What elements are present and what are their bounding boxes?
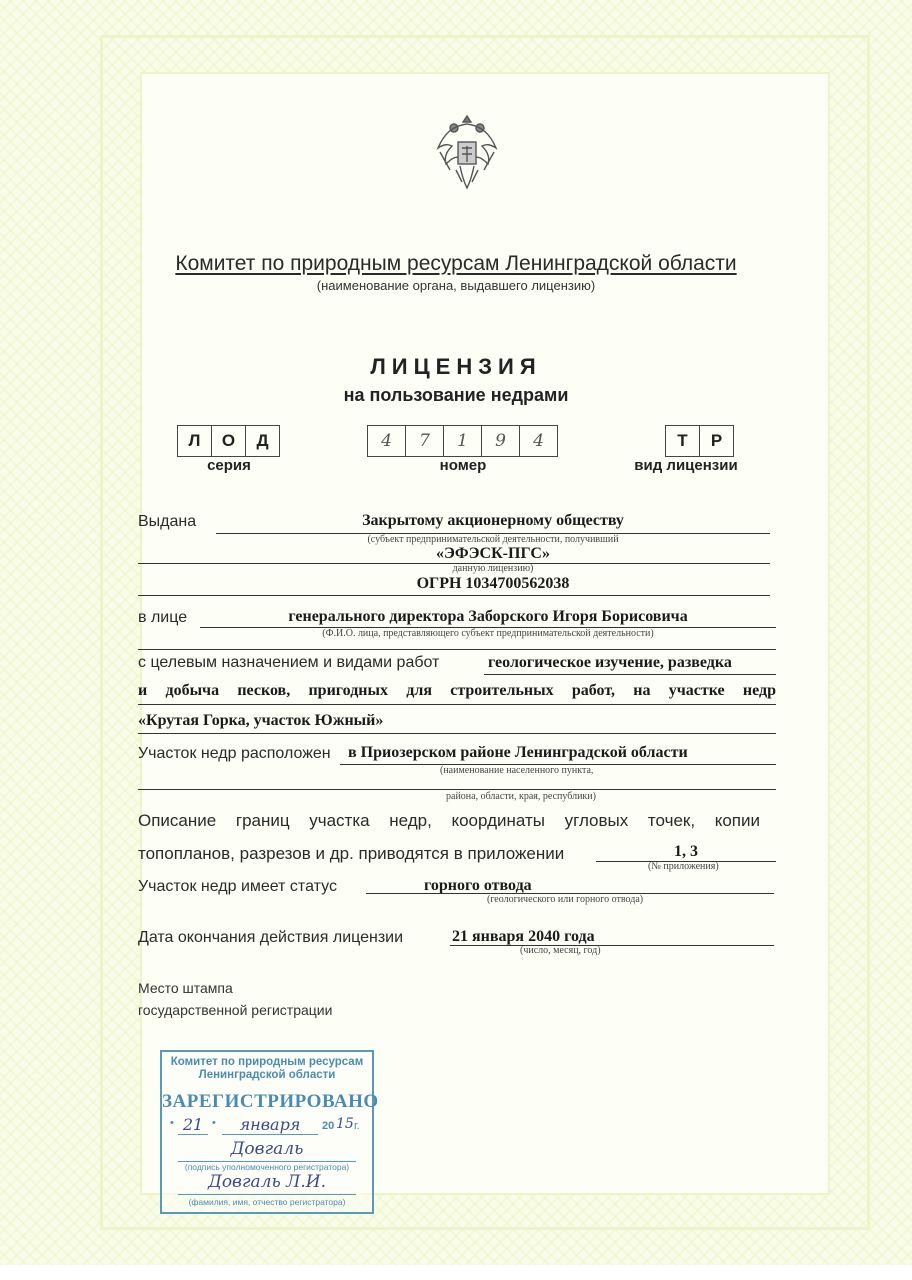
registration-stamp: Комитет по природным ресурсам Ленинградс… <box>160 1050 374 1214</box>
stamp-year-unit: г. <box>354 1120 360 1132</box>
series-group: ЛОД серия <box>178 425 280 474</box>
license-type-char-box-0: Т <box>665 425 700 457</box>
number-digit-box-0: 4 <box>367 425 406 457</box>
issued-to-line2: «ЭФЭСК-ПГС» <box>216 545 770 563</box>
stamp-status: ЗАРЕГИСТРИРОВАНО <box>162 1091 372 1113</box>
location-value: в Приозерском районе Ленинградской облас… <box>348 744 688 762</box>
signature-caption: (подпись уполномоченного регистратора) <box>162 1162 372 1172</box>
stamp-date-row: • 21 • января 20 15 г. <box>162 1115 372 1139</box>
stamp-org-line1: Комитет по природным ресурсам <box>162 1056 372 1069</box>
license-type-group: ТР вид лицензии <box>652 425 748 474</box>
purpose-rule3 <box>138 733 776 734</box>
stamp-month: января <box>222 1115 318 1135</box>
document-subtitle: на пользование недрами <box>0 385 912 406</box>
issued-to-caption1: (субъект предпринимательской деятельност… <box>216 534 770 545</box>
status-caption: (геологического или горного отвода) <box>487 894 643 905</box>
number-digit-box-3: 9 <box>481 425 520 457</box>
represented-by-label: в лице <box>138 609 187 627</box>
stamp-year-prefix: 20 <box>322 1120 334 1132</box>
series-boxes: ЛОД <box>178 425 280 457</box>
boundaries-text-line2: топопланов, разрезов и др. приводятся в … <box>138 844 564 864</box>
location-caption1: (наименование населенного пункта, <box>440 765 593 776</box>
purpose-rule2 <box>138 704 776 705</box>
expiry-value: 21 января 2040 года <box>452 928 595 946</box>
appendix-caption: (№ приложения) <box>648 861 719 872</box>
coat-of-arms-icon <box>432 108 502 196</box>
status-label: Участок недр имеет статус <box>138 878 337 896</box>
number-boxes: 47194 <box>368 425 558 457</box>
purpose-rule1 <box>484 674 776 675</box>
registrar-name: Довгаль Л.И. <box>178 1172 356 1195</box>
separator-rule <box>138 649 776 650</box>
registrar-name-caption: (фамилия, имя, отчество регистратора) <box>162 1197 372 1207</box>
license-type-char-box-1: Р <box>699 425 734 457</box>
expiry-caption: (число, месяц, год) <box>520 945 601 956</box>
appendix-value: 1, 3 <box>596 843 776 861</box>
purpose-label: с целевым назначением и видами работ <box>138 654 439 672</box>
number-digit-box-4: 4 <box>519 425 558 457</box>
license-type-label: вид лицензии <box>624 457 748 474</box>
license-type-boxes: ТР <box>652 425 748 457</box>
location-caption2: района, области, края, республики) <box>446 791 596 802</box>
ogrn-value: ОГРН 1034700562038 <box>216 575 770 593</box>
location-rule2 <box>138 789 776 790</box>
registrar-signature: Довгаль <box>178 1139 356 1162</box>
location-label: Участок недр расположен <box>138 745 331 763</box>
purpose-value-line2: и добыча песков, пригодных для строитель… <box>138 682 776 700</box>
issued-to-rule3 <box>138 595 770 596</box>
document-title: ЛИЦЕНЗИЯ <box>0 354 912 380</box>
number-label: номер <box>368 457 558 474</box>
purpose-value-line3: «Крутая Горка, участок Южный» <box>138 712 383 730</box>
stamp-place-line1: Место штампа <box>138 977 332 999</box>
stamp-place-line2: государственной регистрации <box>138 999 332 1021</box>
series-label: серия <box>178 457 280 474</box>
expiry-label: Дата окончания действия лицензии <box>138 929 403 947</box>
number-digit-box-1: 7 <box>405 425 444 457</box>
issued-to-line1: Закрытому акционерному обществу <box>216 512 770 530</box>
purpose-value-line1: геологическое изучение, разведка <box>488 654 732 672</box>
stamp-org-line2: Ленинградской области <box>162 1069 372 1082</box>
stamp-place-label: Место штампа государственной регистрации <box>138 977 332 1021</box>
issued-to-label: Выдана <box>138 513 196 531</box>
number-group: 47194 номер <box>368 425 558 474</box>
expiry-rule <box>450 945 774 946</box>
issuer-caption: (наименование органа, выдавшего лицензию… <box>0 278 912 293</box>
stamp-org: Комитет по природным ресурсам Ленинградс… <box>162 1056 372 1082</box>
page-bottom-margin <box>0 1265 912 1280</box>
series-char-box-0: Л <box>177 425 212 457</box>
represented-by-value: генерального директора Заборского Игоря … <box>200 608 776 626</box>
series-char-box-1: О <box>211 425 246 457</box>
issued-to-caption2: данную лицензию) <box>216 563 770 574</box>
boundaries-text-line1: Описание границ участка недр, координаты… <box>138 811 760 831</box>
series-char-box-2: Д <box>245 425 280 457</box>
stamp-day: 21 <box>178 1115 208 1135</box>
represented-by-caption: (Ф.И.О. лица, представляющего субъект пр… <box>200 628 776 639</box>
stamp-year-suffix: 15 <box>336 1116 354 1132</box>
number-digit-box-2: 1 <box>443 425 482 457</box>
issuer-name: Комитет по природным ресурсам Ленинградс… <box>0 252 912 276</box>
